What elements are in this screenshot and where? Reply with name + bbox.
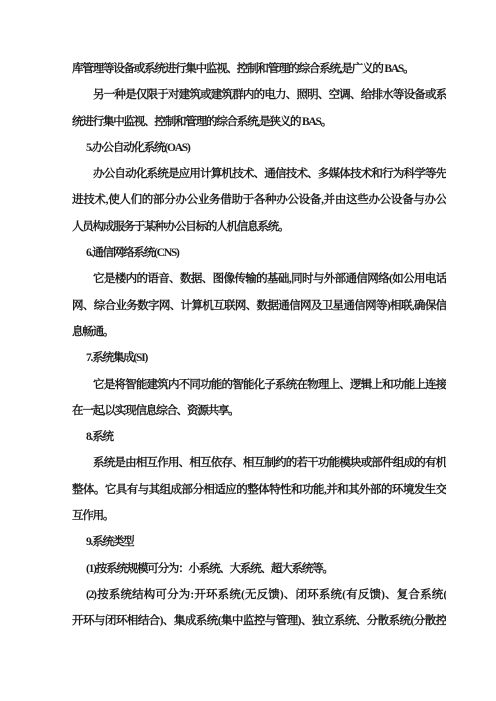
body-text-line: 网、综合业务数字网、计算机互联网、数据通信网及卫星通信网等)相联,确保信 <box>72 293 446 319</box>
document-page: 库管理等设备或系统进行集中监视、控制和管理的综合系统,是广义的 BAS。 另一种… <box>0 0 496 701</box>
body-text-line: 它是将智能建筑内不同功能的智能化子系统在物理上、逻辑上和功能上连接 <box>72 372 446 398</box>
list-item-line: (2)按系统结构可分为:开环系统(无反馈)、闭环系统(有反馈)、复合系统( <box>72 582 446 608</box>
list-item-line: 开环与闭环相结合)、集成系统(集中监控与管理)、独立系统、分散系统(分散控 <box>72 608 446 634</box>
body-text-line: 另一种是仅限于对建筑或建筑群内的电力、照明、空调、给排水等设备或系 <box>72 82 446 108</box>
body-text-line: 统进行集中监视、控制和管理的综合系统,是狭义的 BAS。 <box>72 109 446 135</box>
list-item-line: (1)按系统规模可分为：小系统、大系统、超大系统等。 <box>72 556 446 582</box>
body-text-line: 在一起,以实现信息综合、资源共享。 <box>72 398 446 424</box>
body-text-line: 互作用。 <box>72 503 446 529</box>
body-text-line: 人员构成服务于某种办公目标的人机信息系统。 <box>72 214 446 240</box>
body-text-line: 它是楼内的语音、数据、图像传输的基础,同时与外部通信网络(如公用电话 <box>72 266 446 292</box>
section-heading: 5.办公自动化系统(OAS) <box>72 135 446 161</box>
body-text-line: 系统是由相互作用、相互依存、相互制约的若干功能模块或部件组成的有机 <box>72 450 446 476</box>
section-heading: 6.通信网络系统(CNS) <box>72 240 446 266</box>
body-text-line: 库管理等设备或系统进行集中监视、控制和管理的综合系统,是广义的 BAS。 <box>72 56 446 82</box>
body-text-line: 进技术,使人们的部分办公业务借助于各种办公设备,并由这些办公设备与办公 <box>72 187 446 213</box>
section-heading: 8.系统 <box>72 424 446 450</box>
body-text-line: 息畅通。 <box>72 319 446 345</box>
body-text-line: 整体。它具有与其组成部分相适应的整体特性和功能,并和其外部的环境发生交 <box>72 477 446 503</box>
body-text-line: 办公自动化系统是应用计算机技术、通信技术、多媒体技术和行为科学等先 <box>72 161 446 187</box>
section-heading: 7.系统集成(SI) <box>72 345 446 371</box>
section-heading: 9.系统类型 <box>72 529 446 555</box>
document-text-block: 库管理等设备或系统进行集中监视、控制和管理的综合系统,是广义的 BAS。 另一种… <box>72 56 446 635</box>
